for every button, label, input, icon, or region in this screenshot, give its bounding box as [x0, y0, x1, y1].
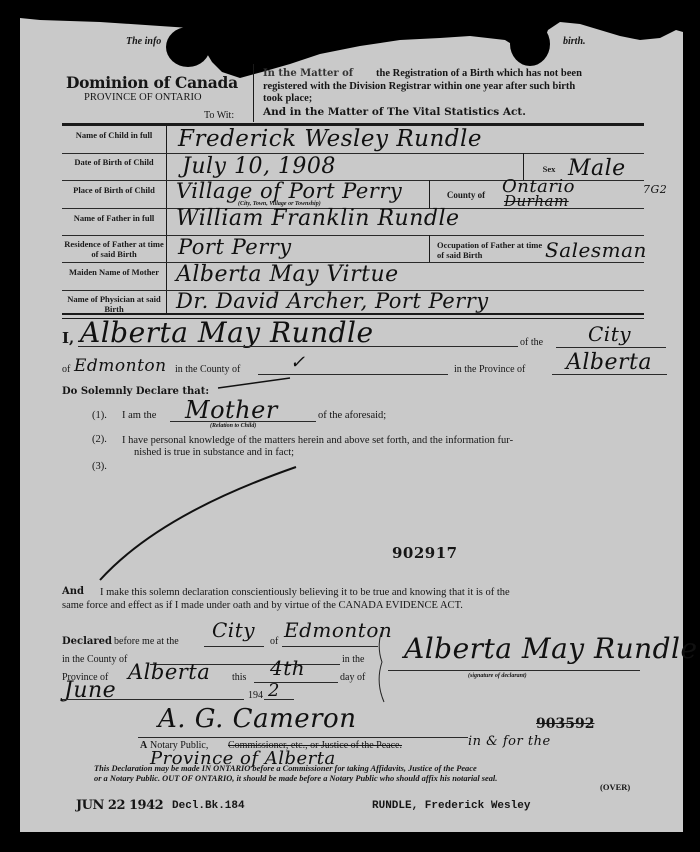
- signature-line: [388, 670, 640, 671]
- day-of-label: day of: [340, 672, 365, 683]
- declared-place-type: City: [212, 618, 255, 642]
- closing-text-1: I make this solemn declaration conscient…: [100, 586, 510, 599]
- declared-day: 4th: [270, 656, 305, 680]
- registration-number: 902917: [392, 544, 458, 562]
- declared-month-line: [62, 699, 244, 700]
- notary-line: [138, 737, 468, 738]
- index-name: RUNDLE, Frederick Wesley: [372, 800, 530, 812]
- declarant-signature[interactable]: Alberta May Rundle: [404, 632, 698, 665]
- brace: [374, 626, 388, 706]
- footnote-line-2: or a Notary Public. OUT OF ONTARIO, it s…: [94, 774, 497, 783]
- over-label: (OVER): [600, 782, 630, 792]
- this-label: this: [232, 672, 246, 683]
- received-date-stamp: JUN 22 1942: [76, 798, 163, 813]
- in-the-label: in the: [342, 654, 365, 665]
- year-suffix: 2: [268, 680, 280, 701]
- year-line: [264, 699, 294, 700]
- year-prefix: 194: [248, 690, 263, 701]
- before-me-label: before me at the: [114, 636, 179, 647]
- in-county-label-2: in the County of: [62, 654, 127, 665]
- declared-label: Declared: [62, 636, 112, 647]
- signature-caption: (signature of declarant): [468, 673, 527, 679]
- declared-day-line: [254, 682, 338, 683]
- declared-place-type-line: [204, 646, 264, 647]
- footnote-line-1: This Declaration may be made IN ONTARIO …: [94, 764, 477, 773]
- declared-of-label: of: [270, 636, 278, 647]
- declared-place-line: [282, 646, 378, 647]
- declared-province: Alberta: [128, 660, 210, 684]
- struck-number: 903592: [536, 716, 594, 732]
- closing-text-2: same force and effect as if I made under…: [62, 599, 463, 612]
- notary-addition-1: in & for the: [468, 734, 551, 749]
- declaration-book: Decl.Bk.184: [172, 800, 245, 812]
- notary-title-a: A: [140, 740, 147, 751]
- notary-signature: A. G. Cameron: [158, 704, 356, 734]
- closing-and: And: [62, 586, 84, 597]
